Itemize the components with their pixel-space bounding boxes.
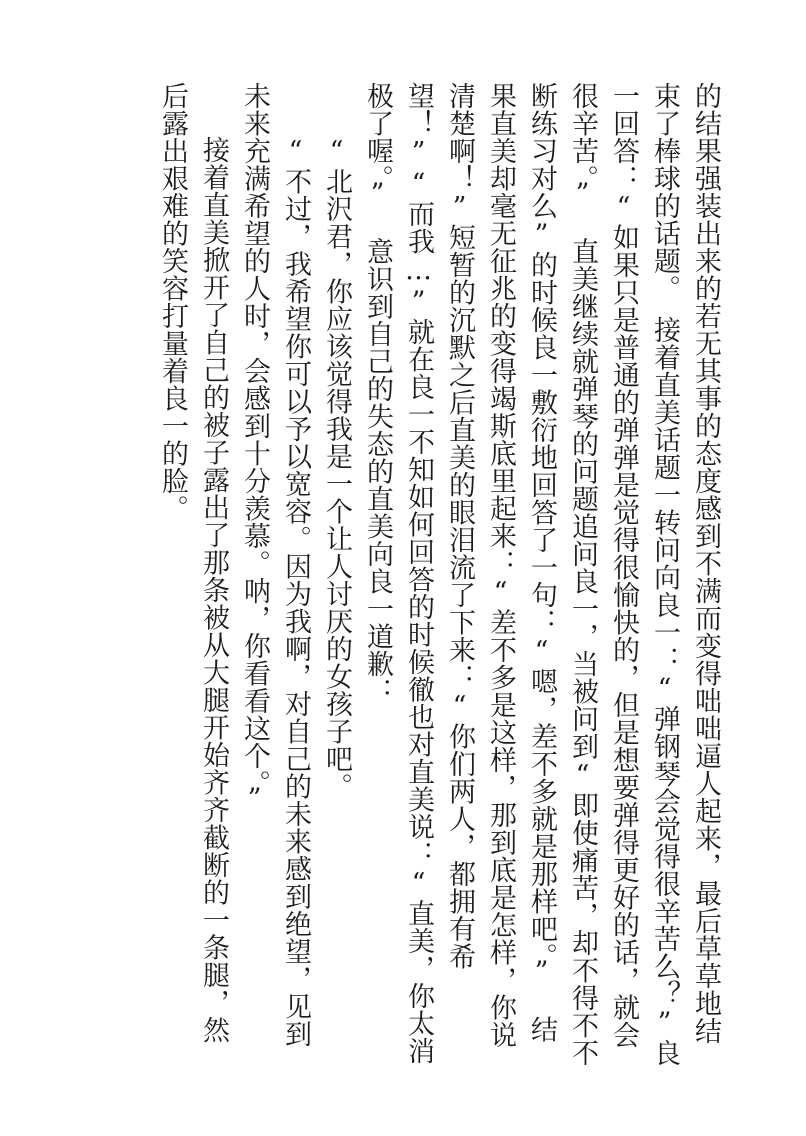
paragraph-3: “不过，我希望你可以予以宽容。因为我啊，对自己的未来感到绝望，见到未来充满希望的…	[234, 82, 316, 1067]
book-page: 的结果强装出来的若无其事的态度感到不满而变得咄咄逼人起来，最后草草地结束了棒球的…	[0, 0, 806, 1136]
paragraph-2: “北沢君，你应该觉得我是一个让人讨厌的女孩子吧。	[316, 82, 357, 1067]
paragraph-4: 接着直美掀开了自己的被子露出了那条被从大腿开始齐齐截断的一条腿，然后露出艰难的笑…	[152, 82, 234, 1067]
paragraph-1: 的结果强装出来的若无其事的态度感到不满而变得咄咄逼人起来，最后草草地结束了棒球的…	[357, 82, 726, 1067]
vertical-text-block: 的结果强装出来的若无其事的态度感到不满而变得咄咄逼人起来，最后草草地结束了棒球的…	[152, 82, 726, 1067]
